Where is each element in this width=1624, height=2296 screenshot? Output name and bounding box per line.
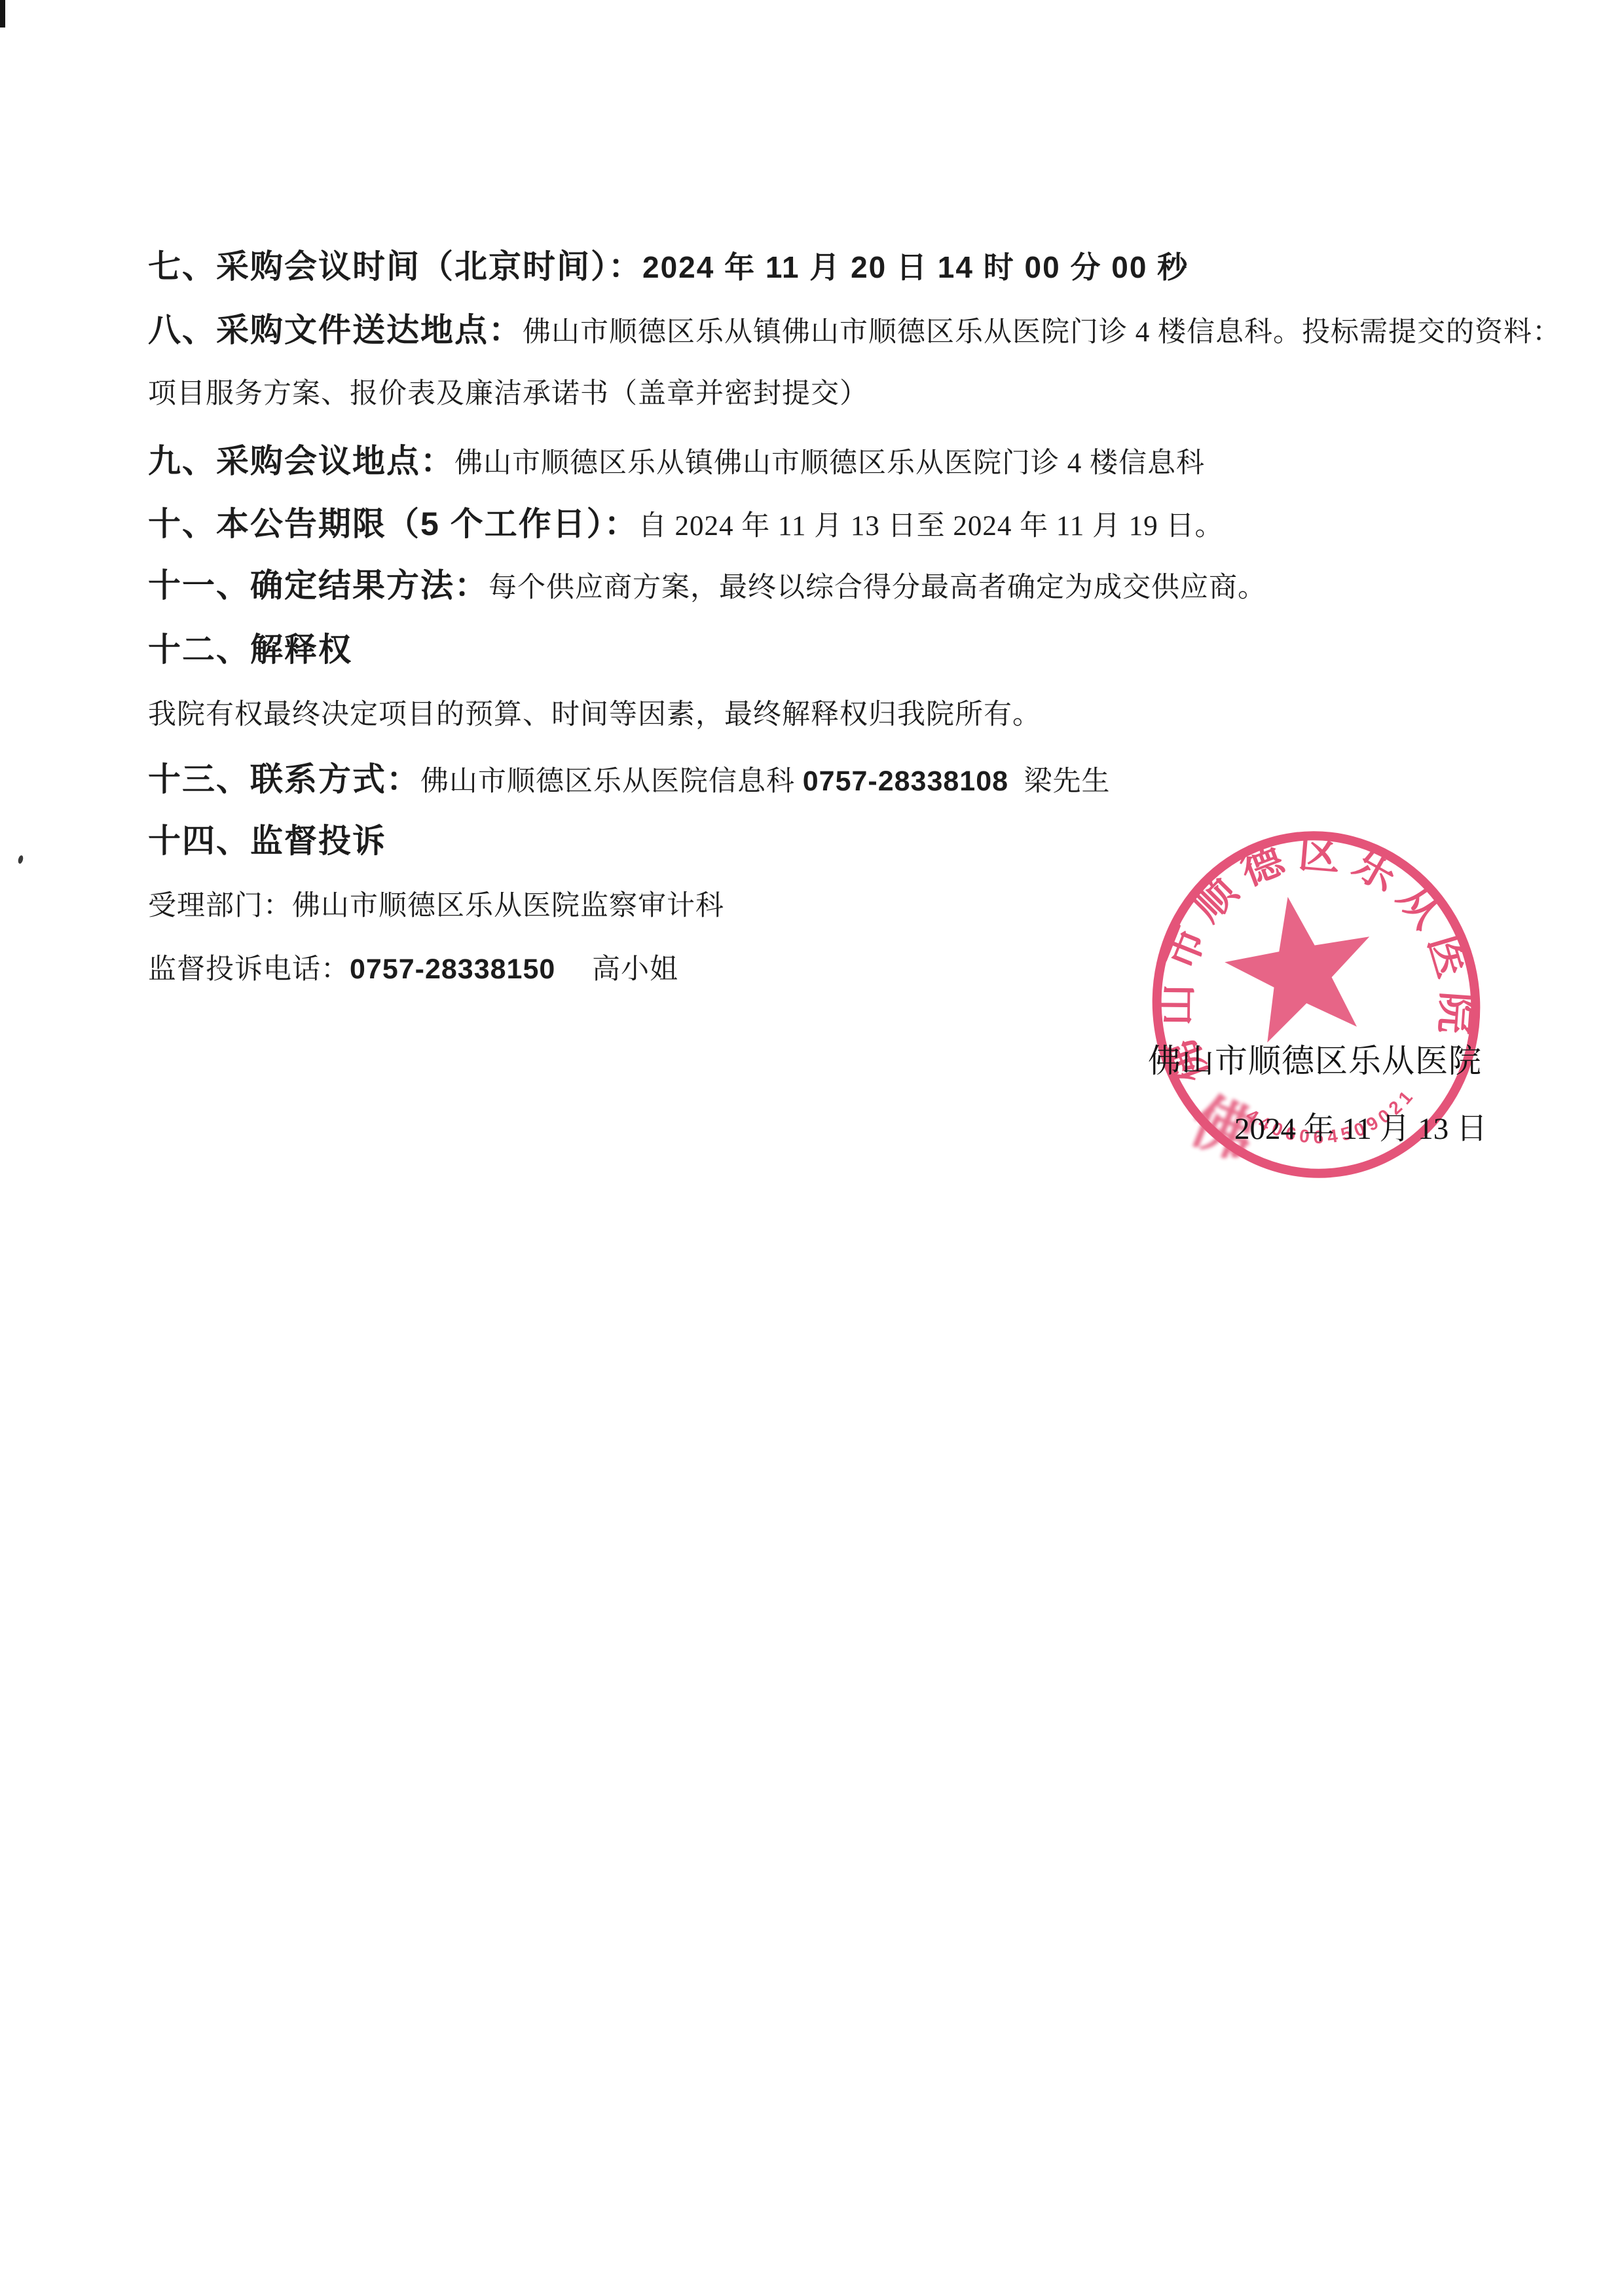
line-announcement-period: 十、本公告期限（5 个工作日）：自 2024 年 11 月 13 日至 2024… bbox=[138, 457, 1224, 504]
contact-phone-number: 0757-28338108 bbox=[803, 766, 1008, 797]
line-meeting-time: 七、采购会议时间（北京时间）：2024 年 11 月 20 日 14 时 00 … bbox=[138, 200, 1189, 247]
line-contact-info: 十三、联系方式：佛山市顺德区乐从医院信息科 0757-28338108 梁先生 bbox=[138, 713, 1111, 760]
seal-star-icon bbox=[1215, 884, 1384, 1047]
line-result-method: 十一、确定结果方法：每个供应商方案，最终以综合得分最高者确定为成交供应商。 bbox=[138, 519, 1266, 566]
line-interpretation-right-body: 我院有权最终决定项目的预算、时间等因素，最终解释权归我院所有。 bbox=[138, 648, 1041, 695]
line-interpretation-right-heading: 十二、解释权 bbox=[138, 583, 352, 630]
document-page: 七、采购会议时间（北京时间）：2024 年 11 月 20 日 14 时 00 … bbox=[0, 0, 1624, 2296]
supervision-phone-number: 0757-28338150 bbox=[350, 954, 555, 985]
scan-artifact-dot bbox=[17, 855, 24, 864]
seal-overlay-date: 2024 年 11 月 13 日 bbox=[1234, 1104, 1487, 1148]
line-submission-materials: 项目服务方案、报价表及廉洁承诺书（盖章并密封提交） bbox=[138, 327, 868, 375]
line-supervision-department: 受理部门：佛山市顺德区乐从医院监察审计科 bbox=[138, 840, 724, 887]
line-value: 佛山市顺德区乐从医院信息科 bbox=[420, 766, 803, 797]
line-value: 每个供应商方案，最终以综合得分最高者确定为成交供应商。 bbox=[489, 572, 1266, 603]
seal-overlay-hospital-name: 佛山市顺德区乐从医院 bbox=[1148, 1035, 1482, 1082]
line-value: 监督投诉电话： bbox=[148, 954, 350, 985]
supervision-contact-person: 高小姐 bbox=[555, 954, 678, 985]
line-supervision-phone: 监督投诉电话：0757-28338150 高小姐 bbox=[138, 902, 678, 950]
contact-person: 梁先生 bbox=[1008, 766, 1111, 797]
line-document-delivery-location: 八、采购文件送达地点：佛山市顺德区乐从镇佛山市顺德区乐从医院门诊 4 楼信息科。… bbox=[138, 263, 1561, 310]
line-supervision-heading: 十四、监督投诉 bbox=[138, 774, 386, 821]
line-meeting-location: 九、采购会议地点：佛山市顺德区乐从镇佛山市顺德区乐从医院门诊 4 楼信息科 bbox=[138, 394, 1205, 441]
scan-artifact-corner bbox=[0, 0, 5, 28]
